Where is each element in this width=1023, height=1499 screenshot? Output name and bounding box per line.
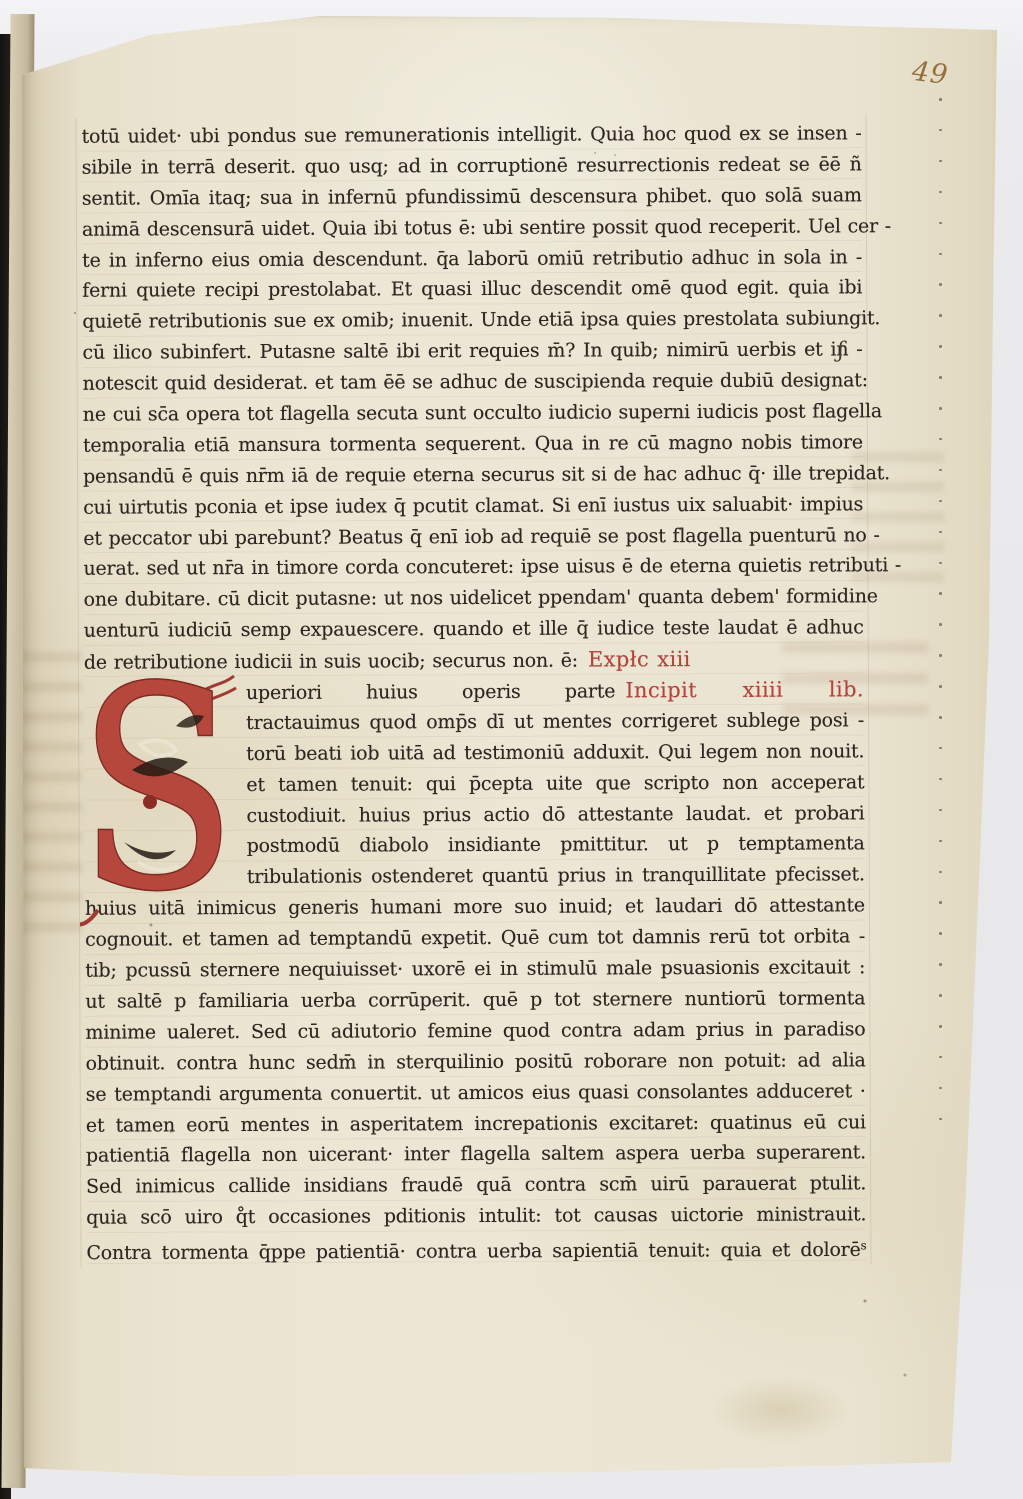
body-text: Contra tormenta q̄ppe patientiā· contra … xyxy=(86,1239,860,1264)
body-text: sibile in terrā deserit. quo usq; ad in … xyxy=(82,153,862,178)
text-line: pensandū ē quis nr̄m iā de requie eterna… xyxy=(83,458,863,492)
pricking-hole xyxy=(939,778,942,781)
pricking-hole xyxy=(939,129,942,132)
text-line: Sed inimicus callide insidians fraudē qu… xyxy=(86,1169,866,1203)
initial-letter: S xyxy=(80,674,237,930)
text-line: tribulationis ostenderet quantū prius in… xyxy=(247,860,865,894)
pricking-hole xyxy=(939,1025,942,1028)
pricking-hole xyxy=(939,500,942,503)
text-line: uerat. sed ut nr̄a in timore corda concu… xyxy=(83,551,863,585)
parchment-stain xyxy=(710,1378,850,1442)
body-text: tribulationis ostenderet quantū prius in… xyxy=(247,864,865,889)
pricking-hole xyxy=(939,623,942,626)
body-text: uerat. sed ut nr̄a in timore corda concu… xyxy=(83,555,901,581)
body-text: de retributione iudicii in suis uocib; s… xyxy=(84,650,578,674)
pricking-hole xyxy=(939,901,942,904)
pricking-hole xyxy=(939,809,942,812)
pricking-hole xyxy=(939,1118,942,1121)
text-line: postmodū diabolo insidiante pmittitur. u… xyxy=(247,829,865,863)
pricking-hole xyxy=(939,191,942,194)
pricking-hole xyxy=(939,592,942,595)
body-text: quia scō uiro q̊t occasiones pditionis i… xyxy=(86,1203,866,1228)
initial-dot xyxy=(143,795,157,809)
text-line: et tamen tenuit: qui p̄cepta uite que sc… xyxy=(246,767,864,801)
text-line: ne cui sc̄a opera tot flagella secuta su… xyxy=(83,396,863,430)
body-text: obtinuit. contra hunc sedm̄ in sterquili… xyxy=(86,1049,866,1074)
pricking-hole xyxy=(939,407,942,410)
text-line: quietē retributionis sue ex omib; inueni… xyxy=(82,304,862,338)
text-line: cui uirtutis pconia et ipse iudex q̄ pcu… xyxy=(83,489,863,523)
text-line: patientiā flagella non uicerant· inter f… xyxy=(86,1138,866,1172)
text-line: de retributione iudicii in suis uocib; s… xyxy=(84,643,864,677)
body-text: s xyxy=(861,1238,867,1252)
text-line: torū beati iob uitā ad testimoniū adduxi… xyxy=(246,736,864,770)
text-line: minime ualeret. Sed cū adiutorio femine … xyxy=(85,1014,865,1048)
body-text: et tamen eorū mentes in asperitatem incr… xyxy=(86,1111,866,1136)
parchment-page: 49 totū uidet· ubi pondus sue remunerati… xyxy=(14,12,1004,1490)
body-text: te in inferno eius omia descendunt. q̄a … xyxy=(82,246,862,271)
body-text: animā descensurā uidet. Quia ibi totus ē… xyxy=(82,215,891,241)
body-text: se temptandi argumenta conuertit. ut ami… xyxy=(86,1080,866,1105)
text-line: Contra tormenta q̄ppe patientiā· contra … xyxy=(86,1230,866,1264)
text-line: notescit quid desiderat. et tam ēē se ad… xyxy=(83,365,863,399)
text-line: totū uidet· ubi pondus sue remunerationi… xyxy=(82,118,862,152)
text-line: cū ilico subinfert. Putasne saltē ibi er… xyxy=(82,335,862,369)
pricking-hole xyxy=(939,345,942,348)
text-line: obtinuit. contra hunc sedm̄ in sterquili… xyxy=(86,1045,866,1079)
text-line: animā descensurā uidet. Quia ibi totus ē… xyxy=(82,211,862,245)
body-text: et tamen tenuit: qui p̄cepta uite que sc… xyxy=(246,771,864,796)
text-line: ferni quiete recipi prestolabat. Et quas… xyxy=(82,273,862,307)
initial-S-artwork: S xyxy=(80,674,240,930)
pricking-hole xyxy=(939,314,942,317)
body-text: torū beati iob uitā ad testimoniū adduxi… xyxy=(246,740,864,765)
body-text: custodiuit. huius prius actio dō attesta… xyxy=(246,802,864,827)
body-text: temporalia etiā mansura tormenta sequere… xyxy=(83,431,863,456)
body-text: minime ualeret. Sed cū adiutorio femine … xyxy=(85,1018,865,1043)
pricking-hole xyxy=(939,376,942,379)
text-line: quia scō uiro q̊t occasiones pditionis i… xyxy=(86,1199,866,1233)
marginal-nota-mark: ʃ xyxy=(838,338,844,362)
pricking-hole xyxy=(939,562,942,565)
body-text: cū ilico subinfert. Putasne saltē ibi er… xyxy=(82,339,862,364)
text-line: sentit. Omīa itaq; sua in infernū pfundi… xyxy=(82,180,862,214)
body-text: Sed inimicus callide insidians fraudē qu… xyxy=(86,1173,866,1198)
text-line: sibile in terrā deserit. quo usq; ad in … xyxy=(82,149,862,183)
text-line: temporalia etiā mansura tormenta sequere… xyxy=(83,427,863,461)
pricking-hole xyxy=(939,222,942,225)
pricking-hole xyxy=(939,871,942,874)
text-line: se temptandi argumenta conuertit. ut ami… xyxy=(86,1076,866,1110)
body-text: postmodū diabolo insidiante pmittitur. u… xyxy=(247,833,865,858)
pricking-hole xyxy=(939,438,942,441)
folio-number: 49 xyxy=(910,56,950,91)
pricking-hole xyxy=(939,963,942,966)
body-text: quietē retributionis sue ex omib; inueni… xyxy=(82,308,880,333)
pricking-hole xyxy=(939,994,942,997)
body-text: et peccator ubi parebunt? Beatus q̄ enī … xyxy=(83,524,879,549)
body-text: patientiā flagella non uicerant· inter f… xyxy=(86,1142,866,1167)
body-text: one dubitare. cū dicit putasne: ut nos u… xyxy=(84,586,878,611)
text-line: tib; pcussū sternere nequiuisset· uxorē … xyxy=(85,952,865,986)
text-line: custodiuit. huius prius actio dō attesta… xyxy=(246,798,864,832)
pricking-hole xyxy=(939,932,942,935)
body-text: tib; pcussū sternere nequiuisset· uxorē … xyxy=(85,956,865,981)
text-line: te in inferno eius omia descendunt. q̄a … xyxy=(82,242,862,276)
pricking-hole xyxy=(939,160,942,163)
pricking-hole xyxy=(939,747,942,750)
rubric-text: Incipit xiiii lib. xyxy=(625,677,864,702)
pricking-hole xyxy=(939,98,942,101)
decorated-initial-S: S xyxy=(80,674,240,930)
body-text: ut saltē p familiaria uerba corrūperit. … xyxy=(85,987,865,1012)
body-text: notescit quid desiderat. et tam ēē se ad… xyxy=(83,369,868,394)
body-text: uperiori huius operis parte xyxy=(246,680,615,704)
pricking-hole xyxy=(939,253,942,256)
pricking-hole xyxy=(939,469,942,472)
text-line: ut saltē p familiaria uerba corrūperit. … xyxy=(85,983,865,1017)
pricking-hole xyxy=(939,1087,942,1090)
body-text: cui uirtutis pconia et ipse iudex q̄ pcu… xyxy=(83,493,863,518)
manuscript-scan: 49 totū uidet· ubi pondus sue remunerati… xyxy=(0,0,1023,1499)
body-text: sentit. Omīa itaq; sua in infernū pfundi… xyxy=(82,184,862,209)
body-text: ne cui sc̄a opera tot flagella secuta su… xyxy=(83,400,882,425)
pricking-hole xyxy=(939,531,942,534)
body-text: uenturū iudiciū semp expauescere. quando… xyxy=(84,617,864,642)
pricking-hole xyxy=(939,685,942,688)
rubric-text: Expłc xiii xyxy=(588,647,691,671)
body-text: pensandū ē quis nr̄m iā de requie eterna… xyxy=(83,462,890,488)
text-line: uperiori huius operis parteIncipit xiiii… xyxy=(246,674,864,708)
text-line: tractauimus quod omp̄s dī ut mentes corr… xyxy=(246,705,864,739)
text-line: one dubitare. cū dicit putasne: ut nos u… xyxy=(84,582,864,616)
ruling-line-right xyxy=(865,114,871,1264)
text-line: et peccator ubi parebunt? Beatus q̄ enī … xyxy=(83,520,863,554)
pricking-hole xyxy=(939,1056,942,1059)
showthrough-smudge xyxy=(20,652,82,932)
pricking-hole xyxy=(939,716,942,719)
text-line: et tamen eorū mentes in asperitatem incr… xyxy=(86,1107,866,1141)
pricking-hole xyxy=(939,654,942,657)
body-text: ferni quiete recipi prestolabat. Et quas… xyxy=(82,277,862,302)
pricking-hole xyxy=(939,840,942,843)
text-line: uenturū iudiciū semp expauescere. quando… xyxy=(84,613,864,647)
pricking-hole xyxy=(939,283,942,286)
body-text: totū uidet· ubi pondus sue remunerationi… xyxy=(82,122,862,147)
pricking-holes xyxy=(939,98,943,1138)
body-text: tractauimus quod omp̄s dī ut mentes corr… xyxy=(246,709,864,734)
